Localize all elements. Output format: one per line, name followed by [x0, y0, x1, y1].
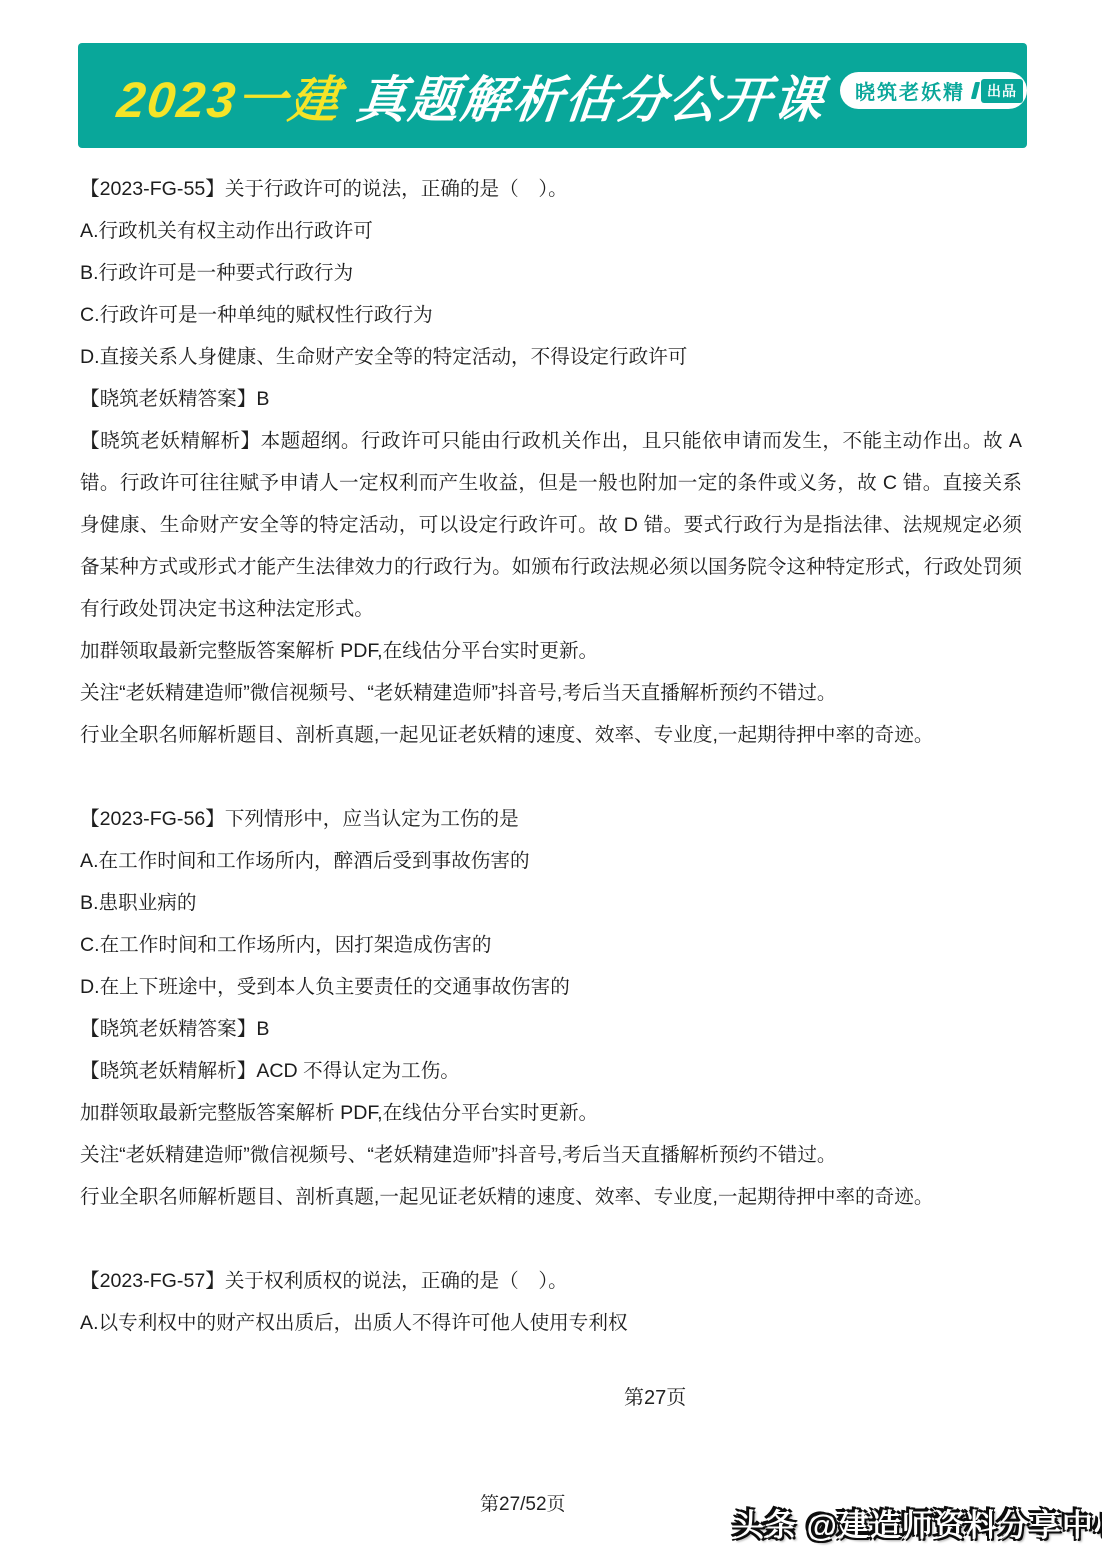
flag-icon — [971, 82, 980, 99]
question-55-analysis-line: 备某种方式或形式才能产生法律效力的行政行为。如颁布行政法规必须以国务院令这种特定… — [80, 546, 1022, 588]
question-55-title: 【2023-FG-55】关于行政许可的说法，正确的是（ ）。 — [80, 168, 1022, 210]
question-56-title: 【2023-FG-56】下列情形中，应当认定为工伤的是 — [80, 798, 1022, 840]
question-56-analysis: 【晓筑老妖精解析】ACD 不得认定为工伤。 — [80, 1050, 1022, 1092]
question-56-option-b: B.患职业病的 — [80, 882, 1022, 924]
course-banner: 2023一建 真题解析估分公开课 晓筑老妖精 出品 — [78, 43, 1027, 148]
blank-line — [80, 756, 1022, 798]
question-55-analysis-line: 【晓筑老妖精解析】本题超纲。行政许可只能由行政机关作出，且只能依申请而发生，不能… — [80, 420, 1022, 462]
question-55-analysis-line: 身健康、生命财产安全等的特定活动，可以设定行政许可。故 D 错。要式行政行为是指… — [80, 504, 1022, 546]
question-56-option-d: D.在上下班途中，受到本人负主要责任的交通事故伤害的 — [80, 966, 1022, 1008]
question-55-option-d: D.直接关系人身健康、生命财产安全等的特定活动，不得设定行政许可 — [80, 336, 1022, 378]
promo-line-pdf: 加群领取最新完整版答案解析 PDF,在线估分平台实时更新。 — [80, 1092, 1022, 1134]
blank-line — [80, 1218, 1022, 1260]
brand-name: 晓筑老妖精 — [855, 76, 965, 105]
question-55-option-a: A.行政机关有权主动作出行政许可 — [80, 210, 1022, 252]
question-55-answer: 【晓筑老妖精答案】B — [80, 378, 1022, 420]
brand-logo: 晓筑老妖精 出品 — [840, 72, 1027, 109]
promo-line-teachers: 行业全职名师解析题目、剖析真题,一起见证老妖精的速度、效率、专业度,一起期待押中… — [80, 714, 1022, 756]
banner-title: 2023一建 真题解析估分公开课 — [114, 60, 829, 132]
promo-line-follow: 关注“老妖精建造师”微信视频号、“老妖精建造师”抖音号,考后当天直播解析预约不错… — [80, 672, 1022, 714]
question-55-analysis-line: 有行政处罚决定书这种法定形式。 — [80, 588, 1022, 630]
promo-line-follow: 关注“老妖精建造师”微信视频号、“老妖精建造师”抖音号,考后当天直播解析预约不错… — [80, 1134, 1022, 1176]
page-progress: 第27/52页 — [480, 1489, 566, 1516]
question-57-title: 【2023-FG-57】关于权利质权的说法，正确的是（ ）。 — [80, 1260, 1022, 1302]
question-55-option-b: B.行政许可是一种要式行政行为 — [80, 252, 1022, 294]
toutiao-watermark: 头条 @建造师资料分享中心 — [733, 1500, 1102, 1545]
question-56-option-c: C.在工作时间和工作场所内，因打架造成伤害的 — [80, 924, 1022, 966]
brand-badge: 出品 — [981, 79, 1023, 103]
promo-line-pdf: 加群领取最新完整版答案解析 PDF,在线估分平台实时更新。 — [80, 630, 1022, 672]
banner-title-text: 真题解析估分公开课 — [353, 60, 829, 132]
banner-title-year: 2023一建 — [114, 60, 345, 132]
document-body: 【2023-FG-55】关于行政许可的说法，正确的是（ ）。 A.行政机关有权主… — [80, 168, 1022, 1344]
question-57-option-a: A.以专利权中的财产权出质后，出质人不得许可他人使用专利权 — [80, 1302, 1022, 1344]
question-55-option-c: C.行政许可是一种单纯的赋权性行政行为 — [80, 294, 1022, 336]
promo-line-teachers: 行业全职名师解析题目、剖析真题,一起见证老妖精的速度、效率、专业度,一起期待押中… — [80, 1176, 1022, 1218]
page-number: 第27页 — [624, 1381, 686, 1410]
question-55-analysis-line: 错。行政许可往往赋予申请人一定权利而产生收益，但是一般也附加一定的条件或义务，故… — [80, 462, 1022, 504]
question-56-answer: 【晓筑老妖精答案】B — [80, 1008, 1022, 1050]
question-56-option-a: A.在工作时间和工作场所内，醉酒后受到事故伤害的 — [80, 840, 1022, 882]
